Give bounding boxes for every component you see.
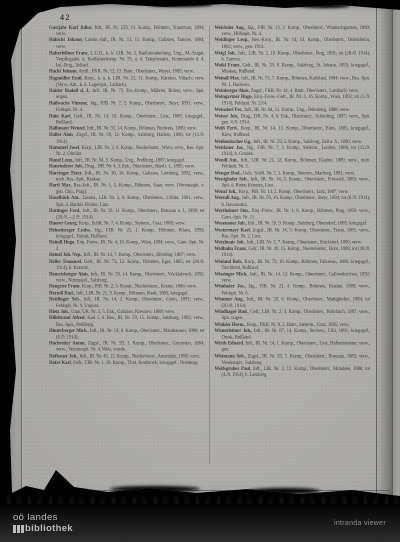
logo-bars-icon — [21, 525, 24, 533]
torn-edge-mark — [110, 486, 200, 492]
entry: Westermayr Karl, Zugsf., IR. Nr. 14, 3. … — [215, 227, 371, 240]
page-bottom-crease — [30, 490, 390, 491]
entry: Hailwachs Vinzenz, Jäg., FJB. Nr. 7, 2. … — [49, 101, 205, 114]
viewer-product-label: intranda viewer — [334, 520, 386, 527]
entry: Weitlaner Jos., Jäg., FJB. Nr. 7, 3. Kom… — [215, 145, 371, 158]
entry: Hochreiter Anton, Zugsf., IR. Nr. 59, 3.… — [49, 341, 205, 354]
entry: Weiser Joh., Drag., DR. Nr. 4, 6. Esk., … — [215, 113, 371, 126]
entry: Hemetsberger Alois, Inft., IR. Nr. 59, 1… — [49, 271, 205, 284]
entry: Wolfsgruber Paul, Inft., LIR. Nr. 2, 13.… — [215, 366, 371, 379]
logo-bars-icon — [13, 525, 16, 533]
entry: Haberfellner Franz, L.U.O., k. k. LIR. N… — [49, 50, 205, 69]
entry: Heller Emanuel, Gefr., IR. Nr. 73, 12. K… — [49, 259, 205, 272]
entry: Habicht Johann, Landst.-Inft., IR. Nr. 1… — [49, 38, 205, 51]
entry: Hattinger Ferd., Inft., IR. Nr. 59, 11. … — [49, 208, 205, 221]
entry: Wenighofer Seb., Inft., IR. Nr. 14, 5. K… — [215, 177, 371, 190]
entry: Haller Alois, Zugsf., IR. Nr. 59, 12. Ko… — [49, 132, 205, 145]
entry: Wirth Eduard, Inft., IR. Nr. 14, 1. Komp… — [215, 341, 371, 354]
entry: Hain Karl, Gefr., IR. Nr. 14, 16. Komp.,… — [49, 113, 205, 126]
viewer-bottom-bar: oö landes bibliothek intranda viewer — [0, 504, 400, 542]
logo-bars-icon — [17, 525, 20, 533]
entry: Wendl Ant., Inft., LIR. Nr. 21, 12. Komp… — [215, 158, 371, 171]
entry: Widhalm Franz, Gefr., IR. Nr. 49, 15. Ko… — [215, 246, 371, 259]
page-fold-line — [21, 8, 22, 494]
entry: Winterleitner Joh., Inft., IR. Nr. 87, 1… — [215, 328, 371, 341]
scanned-page-canvas[interactable]: 42 Gutsjahr Karl Julius, Inft., IR. Nr. … — [0, 0, 400, 502]
entry: Haselböck Ant., Landst., LIR. Nr. 2, 8. … — [49, 196, 205, 209]
page-number: 42 — [60, 13, 71, 22]
entry: Hofer Karl, Gefr., TJR. Nr. 1, 10. Komp.… — [49, 360, 205, 366]
library-logo[interactable]: oö landes bibliothek — [13, 513, 73, 534]
entry: Hehenberger Ludw., Jäg., FJB. Nr. 21, 1.… — [49, 227, 205, 240]
text-column-left: Gutsjahr Karl Julius, Inft., IR. Nr. 159… — [49, 25, 205, 465]
entry: Harringer Peter, Inft., IR. Nr. 30, 16. … — [49, 170, 205, 183]
entry: Weikl Franz, Gefr., IR. Nr. 59, 8. Komp.… — [215, 63, 371, 76]
entry: Weigl Joh., Inft., LIR. Nr. 2, 10. Komp.… — [215, 50, 371, 63]
library-logo-word: bibliothek — [25, 524, 73, 534]
torn-edge-mark — [148, 2, 212, 7]
entry: Hinterberger Mich., Inft., IR. Nr. 14, 6… — [49, 328, 205, 341]
viewer-window: 42 Gutsjahr Karl Julius, Inft., IR. Nr. … — [0, 0, 400, 542]
entry: Weindl Max, Inft., IR. Nr. 73, 7. Komp.,… — [215, 76, 371, 89]
entry: Weingartner Hugo, Einj.-Freiw.-Gefr., IR… — [215, 94, 371, 107]
torn-edge-mark — [300, 4, 350, 8]
entry: Hammerl Josef, Korp., LIR. Nr. 2, 6. Kom… — [49, 145, 205, 158]
entry: Weiß Ferd., Korp., IR. Nr. 14, 13. Komp.… — [215, 126, 371, 139]
entry: Hartl Max, Res.-Inft., IR. Nr. 1, 5. Kom… — [49, 183, 205, 196]
entry: Windhager Rud., Gefr., LIR. Nr. 2, 4. Ko… — [215, 309, 371, 322]
entry: Wimmer Aug., Inft., IR. Nr. 59, 6. Komp.… — [215, 297, 371, 310]
entry: Wimhofer Jos., Jäg., FJB. Nr. 21, 4. Kom… — [215, 284, 371, 297]
entry: Gutsjahr Karl Julius, Inft., IR. Nr. 159… — [49, 25, 205, 38]
library-logo-line2: bibliothek — [13, 524, 73, 534]
text-column-right: Weichsler Aug., Jäg., FJB. Nr. 13, 2. Ko… — [215, 25, 371, 465]
page-edge-strip — [392, 0, 400, 502]
page-text-block: Gutsjahr Karl Julius, Inft., IR. Nr. 159… — [49, 25, 372, 465]
torn-edge-mark — [250, 488, 320, 494]
entry: Wieland Rob., Korp., IR. Nr. 73, 10. Kom… — [215, 259, 371, 272]
entry: Weidinger Leop., Res.-Korp., IR. Nr. 14,… — [215, 38, 371, 51]
entry: Hofbauer Joh., Inft., IR. Nr. 49, 13. Ko… — [49, 353, 205, 359]
entry: Hettlinger Seb., Inft., IR. Nr. 14, 2. K… — [49, 297, 205, 310]
entry: Heindl Hugo, Einj.-Freiw., IR. Nr. 4, 10… — [49, 240, 205, 253]
library-logo-line1: oö landes — [13, 513, 73, 523]
entry: Wiesinger Mich., Inft., IR. Nr. 14, 12. … — [215, 271, 371, 284]
entry: Wittmann Seb., Zugsf., IR. Nr. 59, 7. Ko… — [215, 353, 371, 366]
entry: Wertheimer Sim., Einj.-Freiw., IR. Nr. 1… — [215, 208, 371, 221]
entry: Hagmüller Emil, Korp., k. u. k. LIR. Nr.… — [49, 76, 205, 89]
entry: Haider Rudolf d. J., Inft., IR. Nr. 73, … — [49, 88, 205, 101]
entry: Hillebrand Alfred, Kad. i. d. Res., IR. … — [49, 316, 205, 329]
entry: Weichsler Aug., Jäg., FJB. Nr. 13, 2. Ko… — [215, 25, 371, 38]
gutter-shadow — [376, 0, 393, 502]
entry: Werndl Aug., Inft., IR. Nr. 59, 16. Komp… — [215, 196, 371, 209]
